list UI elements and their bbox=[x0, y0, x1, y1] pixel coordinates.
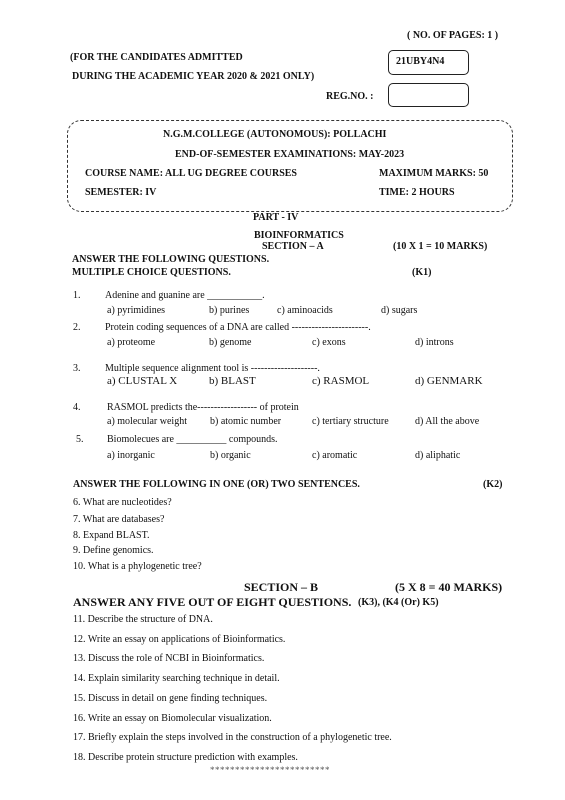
option-b: b) organic bbox=[210, 450, 251, 461]
option-d: d) aliphatic bbox=[415, 450, 460, 461]
question-number: 4. bbox=[73, 402, 81, 413]
course-name: COURSE NAME: ALL UG DEGREE COURSES bbox=[85, 168, 297, 179]
short-answer-instruction: ANSWER THE FOLLOWING IN ONE (OR) TWO SEN… bbox=[73, 479, 360, 490]
question-text: Adenine and guanine are ___________. bbox=[105, 290, 265, 301]
option-b: b) BLAST bbox=[209, 375, 256, 387]
page-count: ( NO. OF PAGES: 1 ) bbox=[407, 30, 498, 41]
reg-no-label: REG.NO. : bbox=[326, 91, 374, 102]
option-b: b) atomic number bbox=[210, 416, 281, 427]
maximum-marks: MAXIMUM MARKS: 50 bbox=[379, 168, 488, 179]
section-b-marks: (5 X 8 = 40 MARKS) bbox=[395, 580, 502, 595]
essay-question: 13. Discuss the role of NCBI in Bioinfor… bbox=[73, 653, 264, 664]
section-a-instruction: ANSWER THE FOLLOWING QUESTIONS. bbox=[72, 254, 269, 265]
semester: SEMESTER: IV bbox=[85, 187, 156, 198]
option-a: a) pyrimidines bbox=[107, 305, 165, 316]
essay-question: 18. Describe protein structure predictio… bbox=[73, 752, 298, 763]
course-code: 21UBY4N4 bbox=[396, 56, 444, 67]
short-question: 10. What is a phylogenetic tree? bbox=[73, 561, 202, 572]
question-text: RASMOL predicts the------------------ of… bbox=[107, 402, 299, 413]
short-question: 8. Expand BLAST. bbox=[73, 530, 149, 541]
admitted-line-1: (FOR THE CANDIDATES ADMITTED bbox=[70, 52, 243, 63]
section-a-title: SECTION – A bbox=[262, 241, 324, 252]
option-c: c) RASMOL bbox=[312, 375, 369, 387]
college-name: N.G.M.COLLEGE (AUTONOMOUS): POLLACHI bbox=[163, 129, 386, 140]
question-number: 5. bbox=[76, 434, 84, 445]
short-question: 9. Define genomics. bbox=[73, 545, 154, 556]
question-number: 2. bbox=[73, 322, 81, 333]
section-b-instruction: ANSWER ANY FIVE OUT OF EIGHT QUESTIONS. bbox=[73, 595, 351, 610]
option-a: a) CLUSTAL X bbox=[107, 375, 177, 387]
option-d: d) sugars bbox=[381, 305, 417, 316]
option-c: c) aromatic bbox=[312, 450, 357, 461]
short-question: 7. What are databases? bbox=[73, 514, 164, 525]
exam-title: END-OF-SEMESTER EXAMINATIONS: MAY-2023 bbox=[175, 149, 404, 160]
option-d: d) GENMARK bbox=[415, 375, 483, 387]
mcq-level: (K1) bbox=[412, 267, 431, 278]
question-text: Protein coding sequences of a DNA are ca… bbox=[105, 322, 371, 333]
short-answer-level: (K2) bbox=[483, 479, 502, 490]
short-question: 6. What are nucleotides? bbox=[73, 497, 172, 508]
option-d: d) introns bbox=[415, 337, 454, 348]
part-title: PART - IV bbox=[253, 212, 298, 223]
course-code-box: 21UBY4N4 bbox=[388, 50, 469, 75]
option-d: d) All the above bbox=[415, 416, 479, 427]
option-a: a) inorganic bbox=[107, 450, 155, 461]
question-text: Biomolecues are __________ compounds. bbox=[107, 434, 278, 445]
essay-question: 15. Discuss in detail on gene finding te… bbox=[73, 693, 267, 704]
question-number: 1. bbox=[73, 290, 81, 301]
question-number: 3. bbox=[73, 363, 81, 374]
essay-question: 12. Write an essay on applications of Bi… bbox=[73, 634, 285, 645]
section-a-marks: (10 X 1 = 10 MARKS) bbox=[393, 241, 487, 252]
essay-question: 14. Explain similarity searching techniq… bbox=[73, 673, 280, 684]
essay-question: 11. Describe the structure of DNA. bbox=[73, 614, 213, 625]
option-b: b) genome bbox=[209, 337, 252, 348]
option-c: c) aminoacids bbox=[277, 305, 333, 316]
subject-title: BIOINFORMATICS bbox=[254, 230, 344, 241]
question-text: Multiple sequence alignment tool is ----… bbox=[105, 363, 320, 374]
admitted-line-2: DURING THE ACADEMIC YEAR 2020 & 2021 ONL… bbox=[72, 71, 314, 82]
exam-time: TIME: 2 HOURS bbox=[379, 187, 455, 198]
mcq-instruction: MULTIPLE CHOICE QUESTIONS. bbox=[72, 267, 231, 278]
essay-question: 16. Write an essay on Biomolecular visua… bbox=[73, 713, 272, 724]
section-b-title: SECTION – B bbox=[244, 580, 318, 595]
option-c: c) tertiary structure bbox=[312, 416, 389, 427]
option-c: c) exons bbox=[312, 337, 346, 348]
reg-no-field[interactable] bbox=[388, 83, 469, 107]
option-a: a) molecular weight bbox=[107, 416, 187, 427]
option-a: a) proteome bbox=[107, 337, 155, 348]
section-b-level: (K3), (K4 (Or) K5) bbox=[358, 597, 439, 608]
option-b: b) purines bbox=[209, 305, 249, 316]
end-marker: ************************ bbox=[210, 765, 330, 775]
essay-question: 17. Briefly explain the steps involved i… bbox=[73, 732, 392, 743]
